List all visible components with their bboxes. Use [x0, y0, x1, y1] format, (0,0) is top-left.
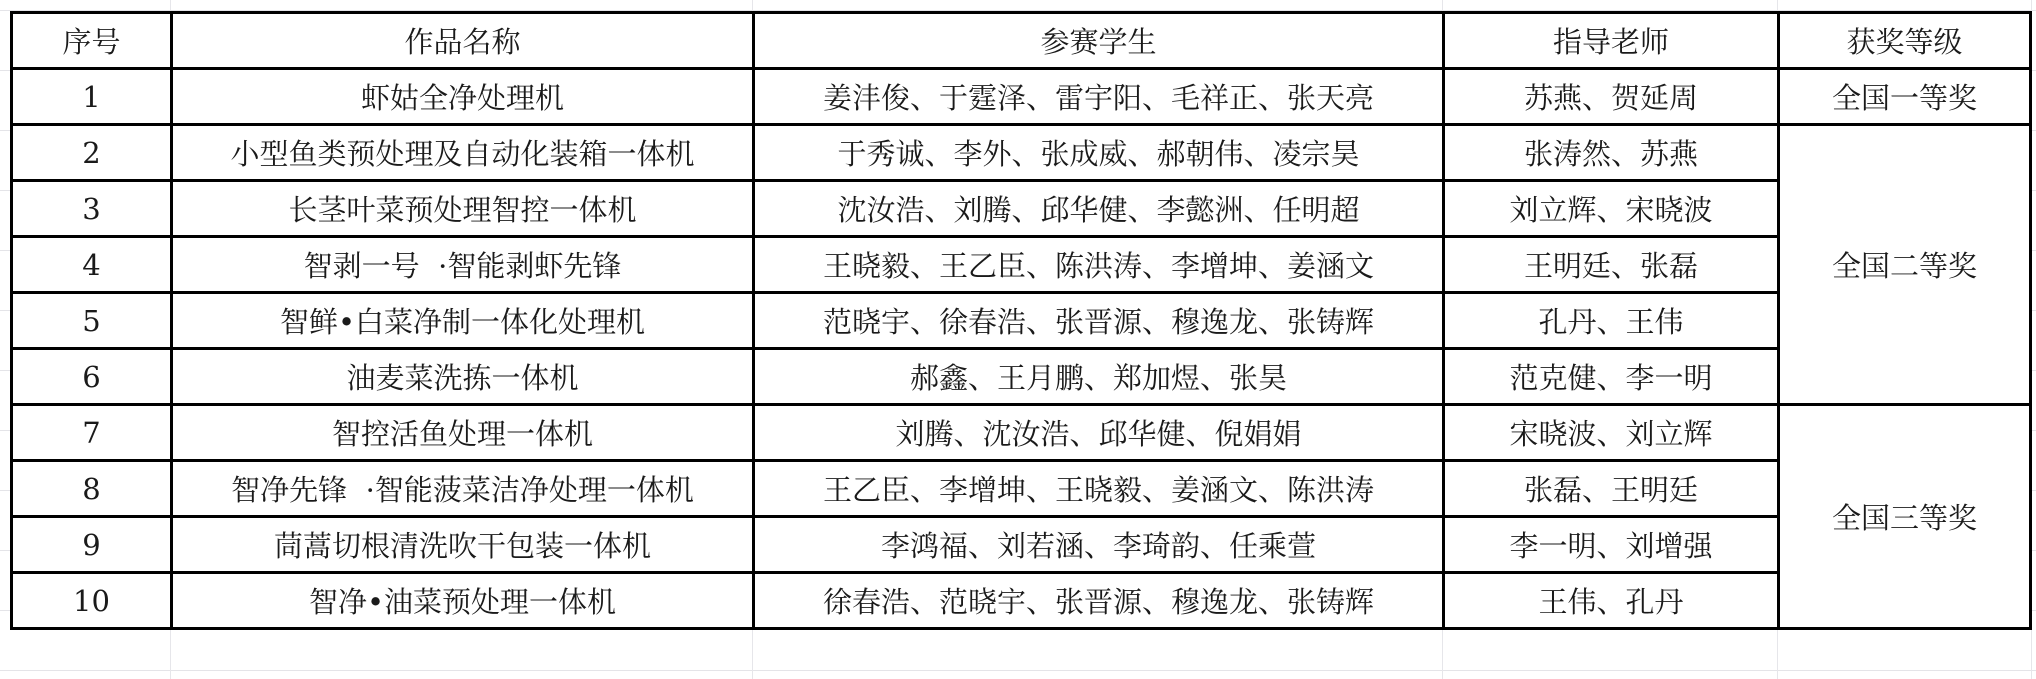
table-row: 4 智剥一号 ·智能剥虾先锋 王晓毅、王乙臣、陈洪涛、李增坤、姜涵文 王明廷、张… — [12, 237, 2031, 293]
table-row: 3 长茎叶菜预处理智控一体机 沈汝浩、刘腾、邱华健、李懿洲、任明超 刘立辉、宋晓… — [12, 181, 2031, 237]
cell-teachers: 刘立辉、宋晓波 — [1444, 181, 1779, 237]
cell-teachers: 孔丹、王伟 — [1444, 293, 1779, 349]
cell-teachers: 王明廷、张磊 — [1444, 237, 1779, 293]
cell-work-name: 智净先锋 ·智能菠菜洁净处理一体机 — [172, 461, 754, 517]
cell-teachers: 李一明、刘增强 — [1444, 517, 1779, 573]
cell-teachers: 苏燕、贺延周 — [1444, 69, 1779, 125]
table-row: 1 虾姑全净处理机 姜沣俊、于霆泽、雷宇阳、毛祥正、张天亮 苏燕、贺延周 全国一… — [12, 69, 2031, 125]
table-row: 8 智净先锋 ·智能菠菜洁净处理一体机 王乙臣、李增坤、王晓毅、姜涵文、陈洪涛 … — [12, 461, 2031, 517]
cell-students: 沈汝浩、刘腾、邱华健、李懿洲、任明超 — [754, 181, 1444, 237]
cell-work-name: 油麦菜洗拣一体机 — [172, 349, 754, 405]
cell-students: 刘腾、沈汝浩、邱华健、倪娟娟 — [754, 405, 1444, 461]
cell-award-second: 全国二等奖 — [1779, 125, 2031, 405]
table-row: 7 智控活鱼处理一体机 刘腾、沈汝浩、邱华健、倪娟娟 宋晓波、刘立辉 全国三等奖 — [12, 405, 2031, 461]
cell-index: 1 — [12, 69, 172, 125]
cell-index: 4 — [12, 237, 172, 293]
cell-index: 2 — [12, 125, 172, 181]
cell-students: 姜沣俊、于霆泽、雷宇阳、毛祥正、张天亮 — [754, 69, 1444, 125]
table-row: 2 小型鱼类预处理及自动化装箱一体机 于秀诚、李外、张成威、郝朝伟、凌宗昊 张涛… — [12, 125, 2031, 181]
table-row: 10 智净•油菜预处理一体机 徐春浩、范晓宇、张晋源、穆逸龙、张铸辉 王伟、孔丹 — [12, 573, 2031, 629]
cell-teachers: 王伟、孔丹 — [1444, 573, 1779, 629]
header-teachers: 指导老师 — [1444, 13, 1779, 69]
header-work-name: 作品名称 — [172, 13, 754, 69]
table-row: 5 智鲜•白菜净制一体化处理机 范晓宇、徐春浩、张晋源、穆逸龙、张铸辉 孔丹、王… — [12, 293, 2031, 349]
cell-work-name: 智净•油菜预处理一体机 — [172, 573, 754, 629]
cell-students: 李鸿福、刘若涵、李琦韵、任乘萱 — [754, 517, 1444, 573]
cell-work-name: 长茎叶菜预处理智控一体机 — [172, 181, 754, 237]
cell-index: 6 — [12, 349, 172, 405]
cell-students: 王晓毅、王乙臣、陈洪涛、李增坤、姜涵文 — [754, 237, 1444, 293]
header-row: 序号 作品名称 参赛学生 指导老师 获奖等级 — [12, 13, 2031, 69]
cell-students: 王乙臣、李增坤、王晓毅、姜涵文、陈洪涛 — [754, 461, 1444, 517]
header-students: 参赛学生 — [754, 13, 1444, 69]
cell-index: 3 — [12, 181, 172, 237]
cell-students: 于秀诚、李外、张成威、郝朝伟、凌宗昊 — [754, 125, 1444, 181]
table-row: 9 茼蒿切根清洗吹干包装一体机 李鸿福、刘若涵、李琦韵、任乘萱 李一明、刘增强 — [12, 517, 2031, 573]
cell-index: 5 — [12, 293, 172, 349]
header-award: 获奖等级 — [1779, 13, 2031, 69]
cell-award-third: 全国三等奖 — [1779, 405, 2031, 629]
cell-index: 8 — [12, 461, 172, 517]
table-row: 6 油麦菜洗拣一体机 郝鑫、王月鹏、郑加煜、张昊 范克健、李一明 — [12, 349, 2031, 405]
header-index: 序号 — [12, 13, 172, 69]
cell-teachers: 宋晓波、刘立辉 — [1444, 405, 1779, 461]
cell-students: 徐春浩、范晓宇、张晋源、穆逸龙、张铸辉 — [754, 573, 1444, 629]
cell-students: 范晓宇、徐春浩、张晋源、穆逸龙、张铸辉 — [754, 293, 1444, 349]
cell-teachers: 张涛然、苏燕 — [1444, 125, 1779, 181]
cell-students: 郝鑫、王月鹏、郑加煜、张昊 — [754, 349, 1444, 405]
cell-award-first: 全国一等奖 — [1779, 69, 2031, 125]
cell-work-name: 小型鱼类预处理及自动化装箱一体机 — [172, 125, 754, 181]
cell-work-name: 智鲜•白菜净制一体化处理机 — [172, 293, 754, 349]
cell-work-name: 虾姑全净处理机 — [172, 69, 754, 125]
cell-work-name: 茼蒿切根清洗吹干包装一体机 — [172, 517, 754, 573]
cell-index: 9 — [12, 517, 172, 573]
cell-index: 10 — [12, 573, 172, 629]
cell-teachers: 张磊、王明廷 — [1444, 461, 1779, 517]
cell-work-name: 智剥一号 ·智能剥虾先锋 — [172, 237, 754, 293]
awards-table: 序号 作品名称 参赛学生 指导老师 获奖等级 1 虾姑全净处理机 姜沣俊、于霆泽… — [10, 11, 2032, 630]
cell-teachers: 范克健、李一明 — [1444, 349, 1779, 405]
cell-index: 7 — [12, 405, 172, 461]
cell-work-name: 智控活鱼处理一体机 — [172, 405, 754, 461]
